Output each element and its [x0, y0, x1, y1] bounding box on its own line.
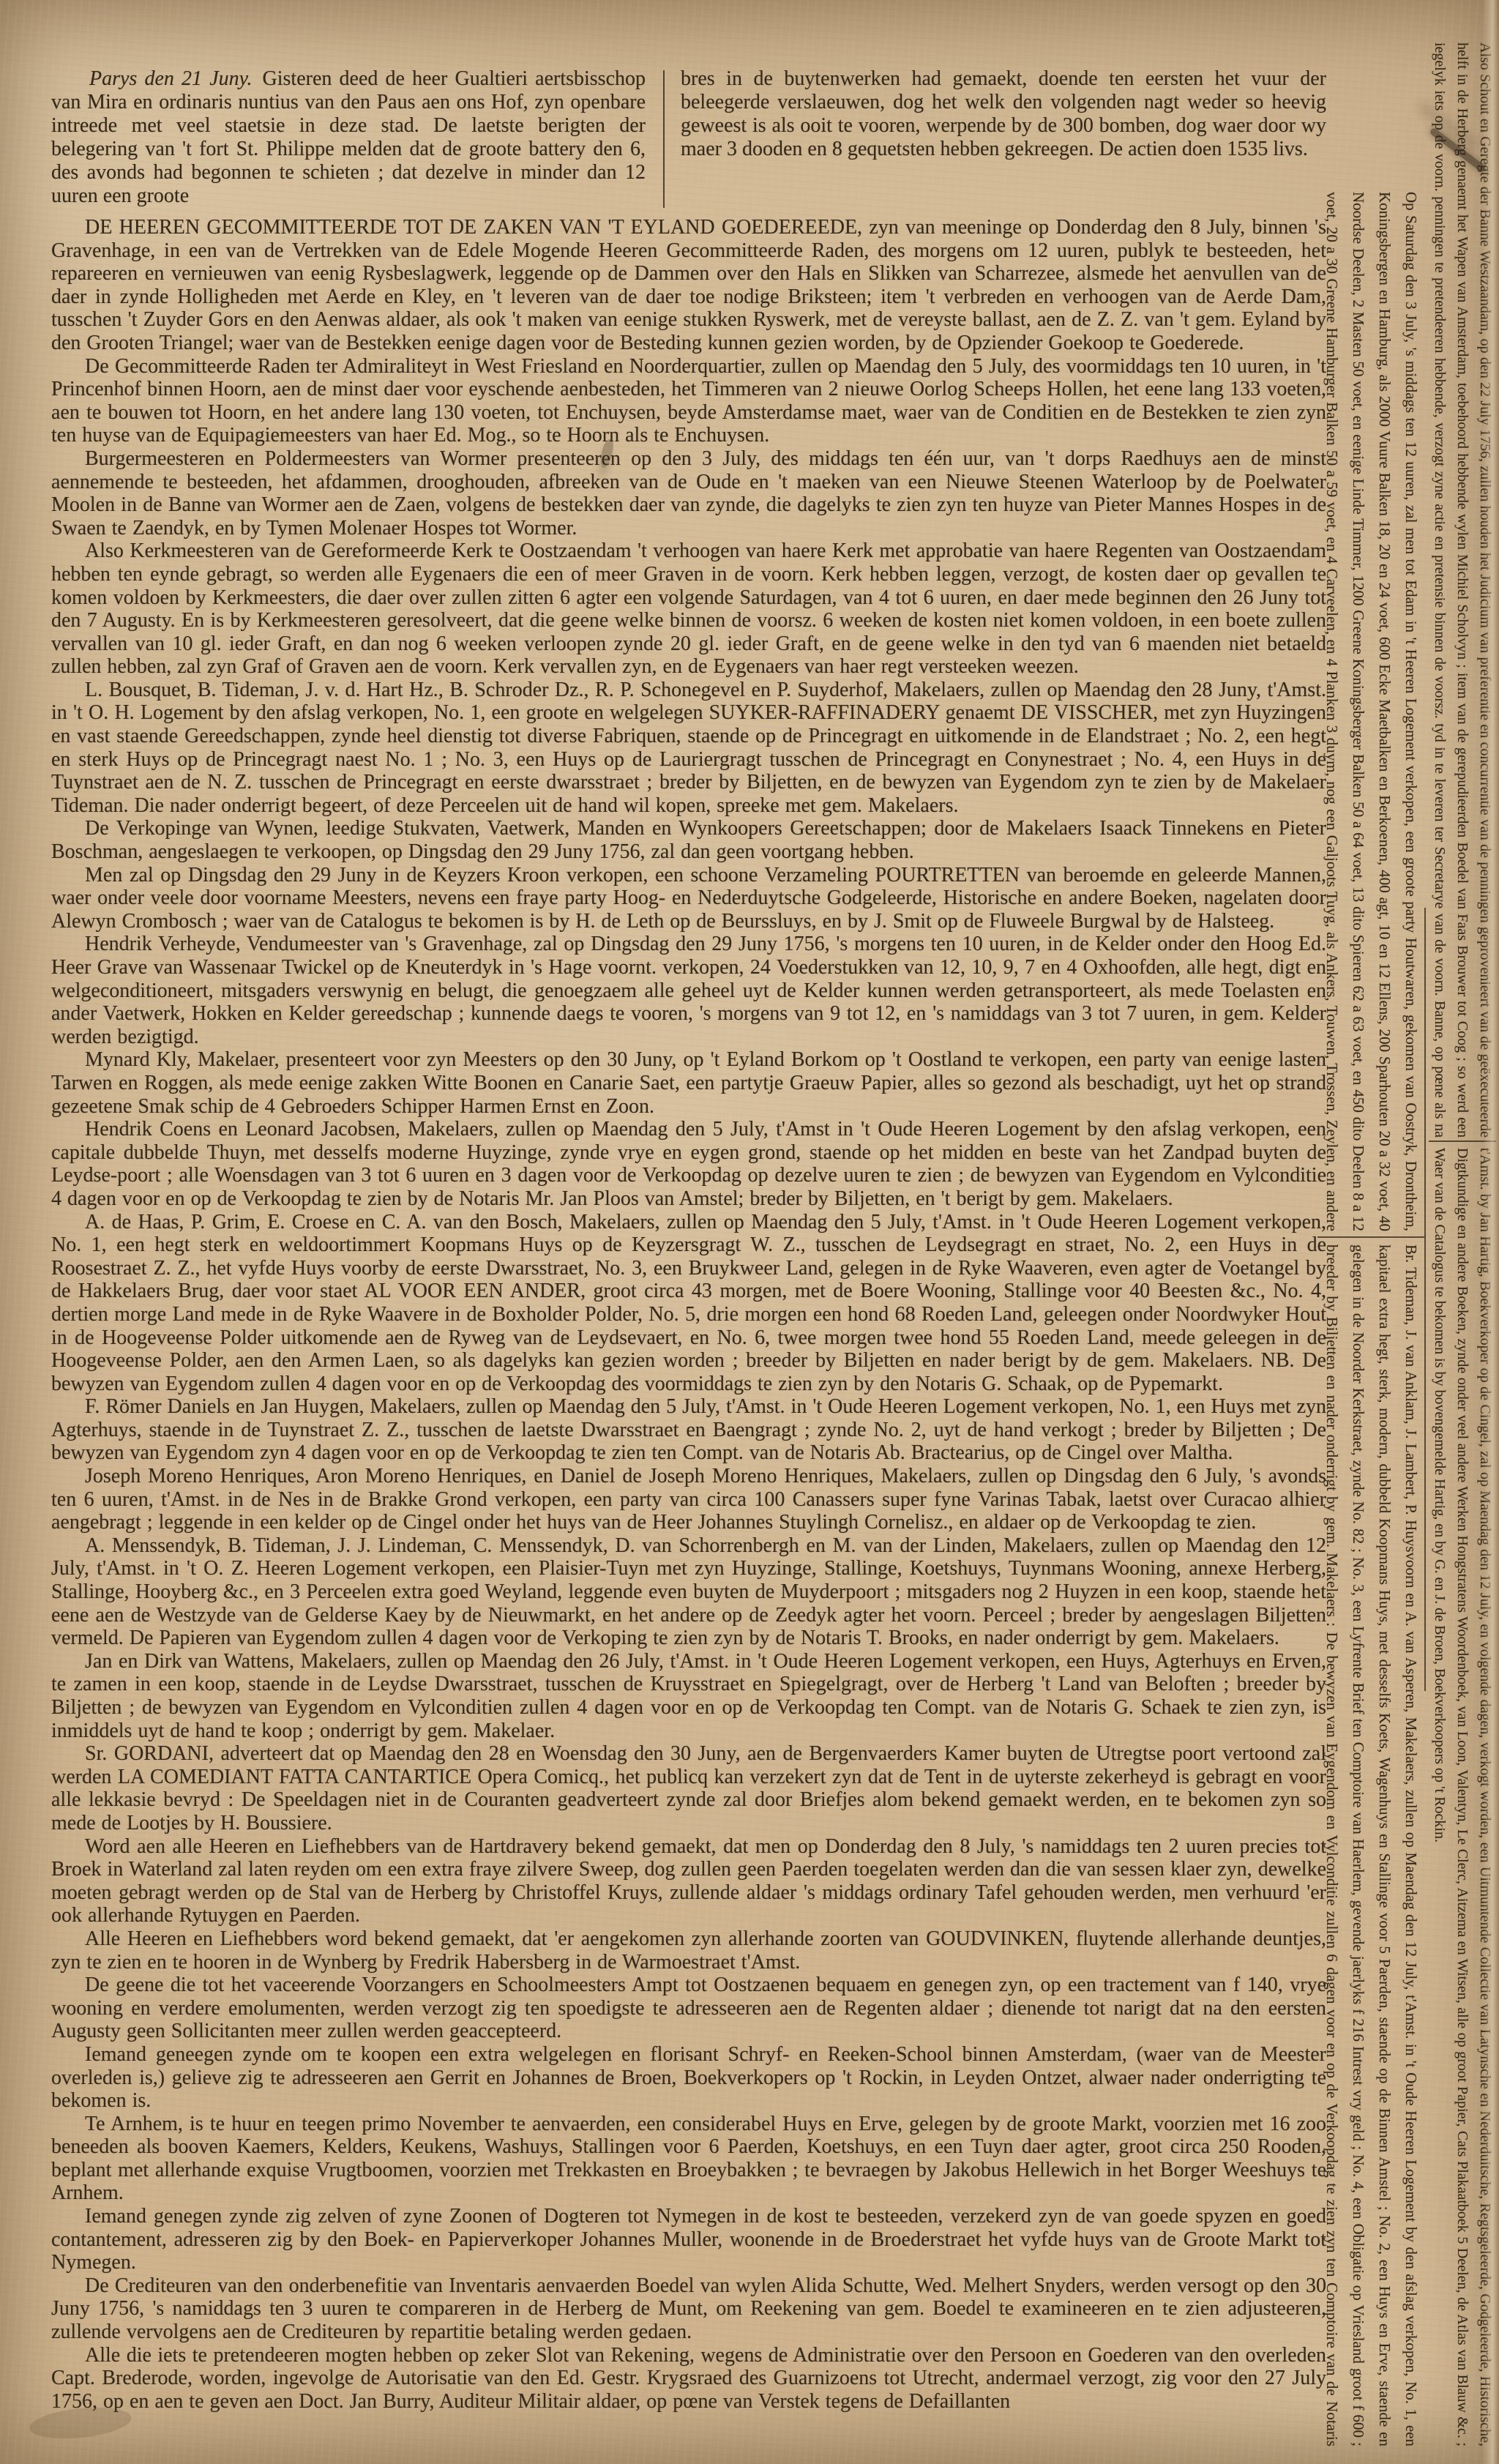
margin-ad-text: Also Schout en Geregte der Banne Westzaa…: [1429, 42, 1496, 1138]
article-paragraph: De geene die tot het vaceerende Voorzang…: [51, 1974, 1326, 2043]
article-paragraph: De Verkopinge van Wynen, leedige Stukvat…: [51, 817, 1326, 863]
article-paragraph: Word aen alle Heeren en Liefhebbers van …: [51, 1835, 1326, 1927]
article-paragraph: A. de Haas, P. Grim, E. Croese en C. A. …: [51, 1211, 1326, 1396]
margin-ad-makelaers-sale: Br. Tideman, J. van Anklam, J. Lambert, …: [1317, 1244, 1424, 2446]
newspaper-page: Parys den 21 Juny. Gisteren deed de heer…: [0, 0, 1499, 2464]
article-paragraph: A. Menssendyk, B. Tideman, J. J. Lindema…: [51, 1534, 1326, 1650]
margin-ad-judicium-westzaandam: Also Schout en Geregte der Banne Westzaa…: [1429, 42, 1496, 1138]
advertisements-column: DE HEEREN GECOMMITTEERDE TOT DE ZAKEN VA…: [51, 216, 1326, 2427]
article-paragraph: Joseph Moreno Henriques, Aron Moreno Hen…: [51, 1465, 1326, 1534]
margin-divider-rule: [1424, 908, 1426, 1691]
margin-divider-rule: [1429, 1140, 1496, 1142]
lead-article: Parys den 21 Juny. Gisteren deed de heer…: [51, 67, 1326, 214]
article-paragraph: Te Arnhem, is te huur en teegen primo No…: [51, 2113, 1326, 2205]
article-paragraph: Hendrik Verheyde, Vendumeester van 's Gr…: [51, 933, 1326, 1048]
article-paragraph: Iemand geneegen zynde om te koopen een e…: [51, 2043, 1326, 2113]
article-paragraph: Jan en Dirk van Wattens, Makelaers, zull…: [51, 1650, 1326, 1742]
margin-ad-book-auction: t'Amst. by Jan Hartig, Boekverkoper op d…: [1429, 1148, 1496, 2446]
article-paragraph: DE HEEREN GECOMMITTEERDE TOT DE ZAKEN VA…: [51, 216, 1326, 355]
article-paragraph: Alle die iets te pretendeeren mogten heb…: [51, 2344, 1326, 2413]
article-paragraph: F. Römer Daniels en Jan Huygen, Makelaer…: [51, 1395, 1326, 1465]
column-divider: [663, 70, 665, 208]
article-paragraph: De Crediteuren van den onderbenefitie va…: [51, 2274, 1326, 2344]
article-paragraph: Iemand genegen zynde zig zelven of zyne …: [51, 2205, 1326, 2274]
article-paragraph: Also Kerkmeesteren van de Gereformeerde …: [51, 540, 1326, 679]
article-paragraph: L. Bousquet, B. Tideman, J. v. d. Hart H…: [51, 679, 1326, 818]
article-paragraph: Hendrik Coens en Leonard Jacobsen, Makel…: [51, 1118, 1326, 1210]
article-paragraph: Mynard Kly, Makelaer, presenteert voor z…: [51, 1048, 1326, 1118]
lead-article-right-column: bres in de buytenwerken had gemaekt, doe…: [681, 67, 1326, 161]
lead-article-left-column: Parys den 21 Juny. Gisteren deed de heer…: [51, 67, 646, 208]
margin-ad-text: Br. Tideman, J. van Anklam, J. Lambert, …: [1317, 1244, 1424, 2446]
article-paragraph: Sr. GORDANI, adverteert dat op Maendag d…: [51, 1742, 1326, 1834]
article-paragraph: De Gecommitteerde Raden ter Admiraliteyt…: [51, 355, 1326, 447]
margin-ad-text: t'Amst. by Jan Hartig, Boekverkoper op d…: [1429, 1148, 1496, 2446]
margin-divider-rule: [1317, 1236, 1424, 1238]
margin-ad-edam-wood-auction: Op Saturdag den 3 July, 's middags ten 1…: [1317, 192, 1424, 1231]
article-paragraph: Men zal op Dingsdag den 29 Juny in de Ke…: [51, 864, 1326, 933]
article-paragraph: Burgermeesteren en Poldermeesters van Wo…: [51, 447, 1326, 540]
margin-ad-text: Op Saturdag den 3 July, 's middags ten 1…: [1317, 192, 1424, 1231]
article-paragraph: Alle Heeren en Liefhebbers word bekend g…: [51, 1927, 1326, 1974]
dateline: Parys den 21 Juny.: [89, 67, 253, 90]
